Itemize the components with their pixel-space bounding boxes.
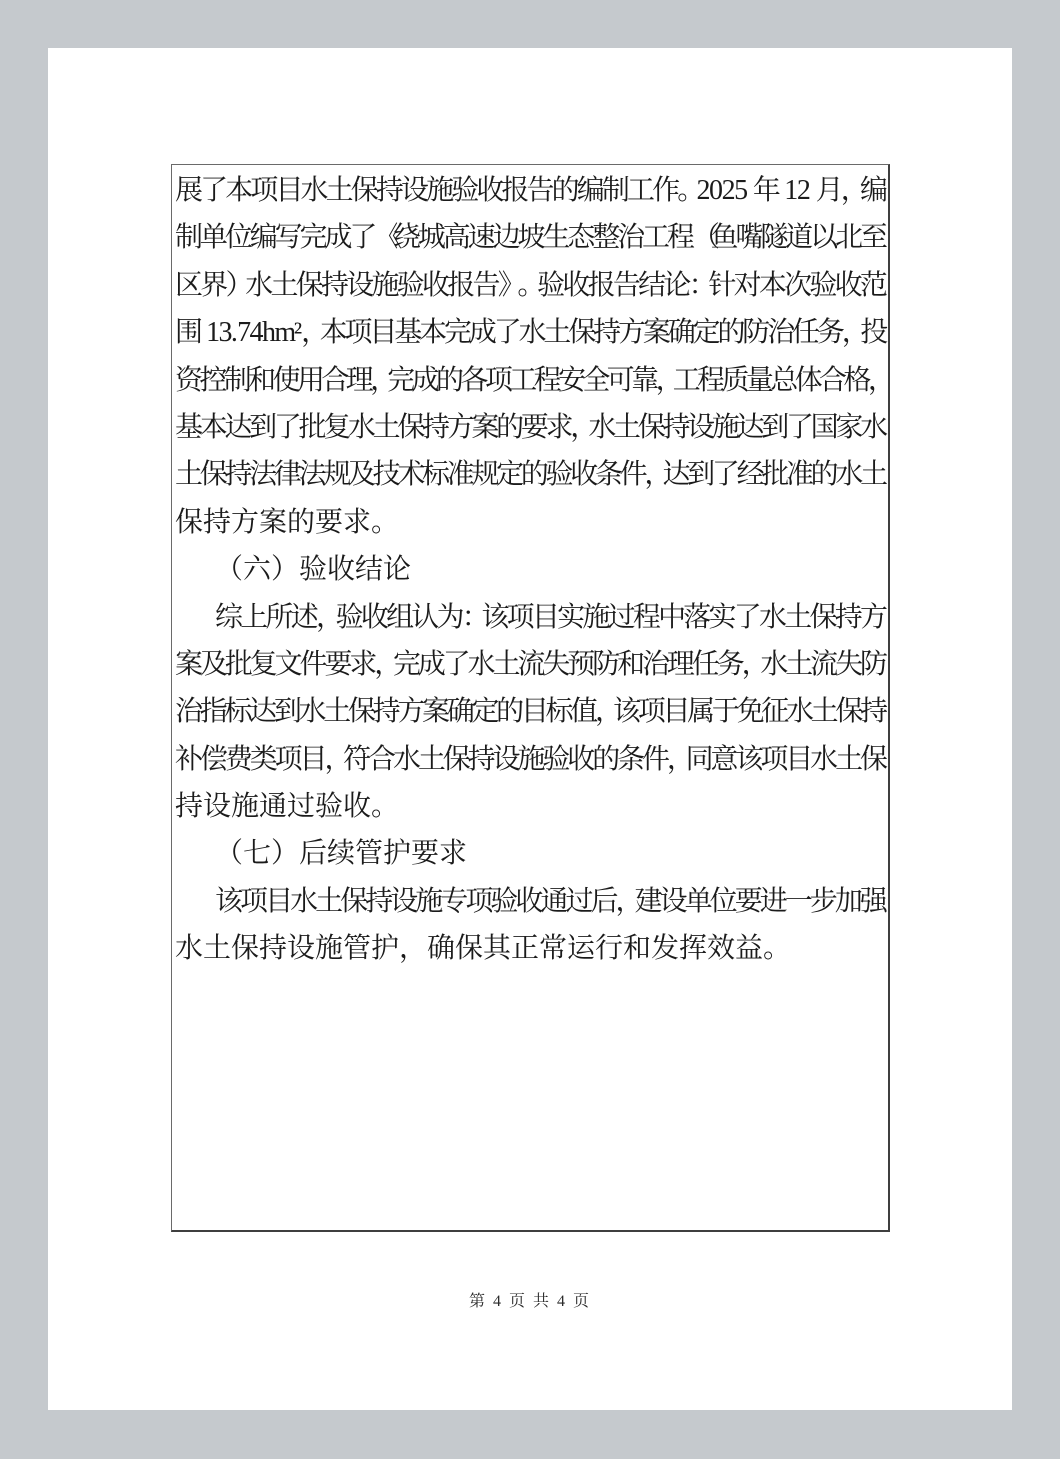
report-line: 保持方案的要求。: [175, 499, 885, 546]
report-line: 制单位编写完成了《绕城高速边坡生态整治工程（鱼嘴隧道以北至: [175, 214, 885, 261]
report-line: 该项目水土保持设施专项验收通过后，建设单位要进一步加强: [175, 878, 885, 925]
report-line: 展了本项目水土保持设施验收报告的编制工作。2025 年 12 月，编: [175, 167, 885, 214]
report-table-cell: 展了本项目水土保持设施验收报告的编制工作。2025 年 12 月，编 制单位编写…: [171, 164, 890, 1232]
report-line: 围 13.74hm²，本项目基本完成了水土保持方案确定的防治任务，投: [175, 309, 885, 356]
report-line: 土保持法律法规及技术标准规定的验收条件，达到了经批准的水土: [175, 451, 885, 498]
report-line: 基本达到了批复水土保持方案的要求，水土保持设施达到了国家水: [175, 404, 885, 451]
section-heading: （七）后续管护要求: [175, 830, 885, 877]
report-line: 持设施通过验收。: [175, 783, 885, 830]
report-line: 资控制和使用合理，完成的各项工程安全可靠，工程质量总体合格，: [175, 357, 885, 404]
report-line: 案及批复文件要求，完成了水土流失预防和治理任务，水土流失防: [175, 641, 885, 688]
screenshot-root: { "page": { "footer": "第 4 页 共 4 页" }, "…: [0, 0, 1060, 1459]
report-line: 补偿费类项目，符合水土保持设施验收的条件，同意该项目水土保: [175, 736, 885, 783]
report-line: 区界）水土保持设施验收报告》。验收报告结论：针对本次验收范: [175, 262, 885, 309]
report-line: 治指标达到水土保持方案确定的目标值，该项目属于免征水土保持: [175, 688, 885, 735]
report-line: 水土保持设施管护，确保其正常运行和发挥效益。: [175, 925, 885, 972]
section-heading: （六）验收结论: [175, 546, 885, 593]
report-line: 综上所述，验收组认为：该项目实施过程中落实了水土保持方: [175, 594, 885, 641]
document-page: 展了本项目水土保持设施验收报告的编制工作。2025 年 12 月，编 制单位编写…: [48, 48, 1012, 1410]
page-footer: 第 4 页 共 4 页: [48, 1288, 1012, 1311]
